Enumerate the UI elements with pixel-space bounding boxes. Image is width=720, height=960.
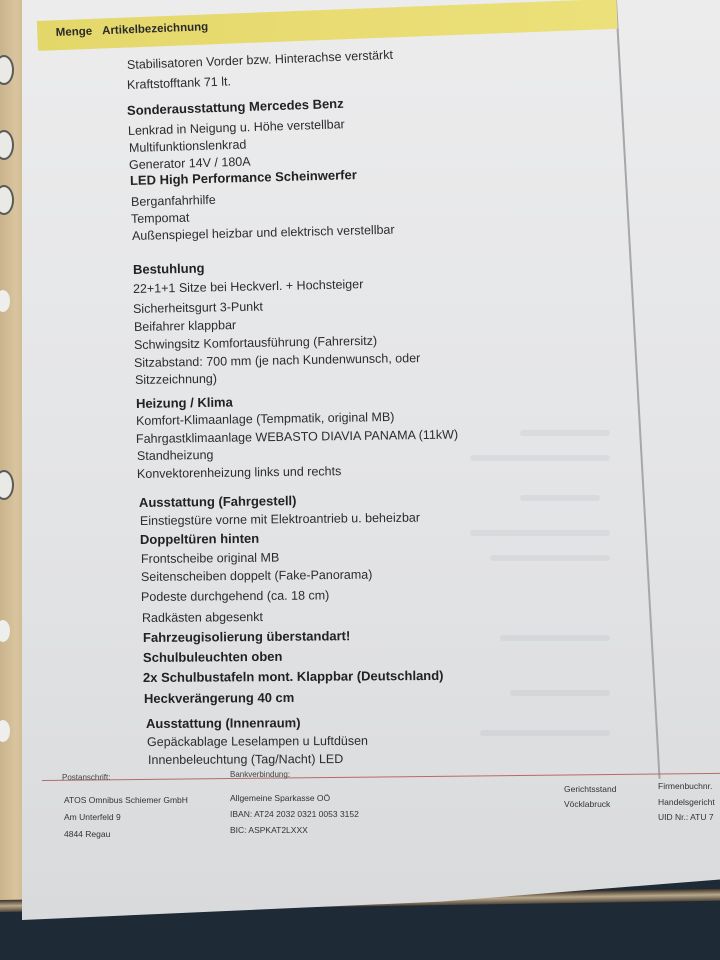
- item-line: Einstiegstüre vorne mit Elektroantrieb u…: [140, 511, 420, 528]
- item-line: Konvektorenheizung links und rechts: [137, 464, 341, 481]
- item-line: Gepäckablage Leselampen u Luftdüsen: [147, 734, 368, 749]
- footer-city: 4844 Regau: [64, 829, 110, 839]
- item-line: Standheizung: [137, 448, 214, 463]
- item-line: Berganfahrhilfe: [131, 193, 216, 209]
- section-heading: Heckverängerung 40 cm: [144, 690, 294, 706]
- item-line: Sicherheitsgurt 3-Punkt: [133, 300, 263, 316]
- item-line: Frontscheibe original MB: [141, 551, 279, 566]
- section-heading: Heizung / Klima: [136, 394, 233, 411]
- footer-court-city: Vöcklabruck: [564, 799, 610, 809]
- item-line: Schwingsitz Komfortausführung (Fahrersit…: [134, 334, 377, 352]
- footer-bic: BIC: ASPKAT2LXXX: [230, 825, 308, 835]
- item-line: Komfort-Klimaanlage (Tempmatik, original…: [136, 410, 395, 428]
- footer-bank-name: Allgemeine Sparkasse OÖ: [230, 793, 330, 803]
- item-line: Multifunktionslenkrad: [129, 138, 247, 155]
- footer-street: Am Unterfeld 9: [64, 812, 121, 822]
- item-line: Beifahrer klappbar: [134, 318, 236, 334]
- item-line: Seitenscheiben doppelt (Fake-Panorama): [141, 568, 373, 584]
- section-heading: 2x Schulbustafeln mont. Klappbar (Deutsc…: [143, 668, 444, 685]
- footer-postal-label: Postanschrift:: [62, 773, 110, 782]
- item-line: 22+1+1 Sitze bei Heckverl. + Hochsteiger: [133, 277, 364, 296]
- footer-bank-label: Bankverbindung:: [230, 770, 290, 779]
- footer-company: ATOS Omnibus Schiemer GmbH: [64, 795, 188, 805]
- footer-register-label: Firmenbuchnr.: [658, 781, 712, 791]
- section-heading: Sonderausstattung Mercedes Benz: [127, 96, 344, 118]
- item-line: Stabilisatoren Vorder bzw. Hinterachse v…: [127, 48, 393, 72]
- footer-vat: UID Nr.: ATU 7: [658, 812, 714, 822]
- footer-register-court: Handelsgericht: [658, 797, 715, 807]
- item-line: Fahrgastklimaanlage WEBASTO DIAVIA PANAM…: [136, 428, 458, 446]
- item-line: Innenbeleuchtung (Tag/Nacht) LED: [148, 752, 343, 767]
- item-line: Sitzabstand: 700 mm (je nach Kundenwunsc…: [134, 351, 420, 370]
- section-heading: Ausstattung (Fahrgestell): [139, 493, 297, 510]
- section-heading: Fahrzeugisolierung überstandart!: [143, 628, 350, 645]
- item-description-list: Stabilisatoren Vorder bzw. Hinterachse v…: [0, 0, 720, 760]
- footer-court-label: Gerichtsstand: [564, 784, 616, 794]
- item-line: Außenspiegel heizbar und elektrisch vers…: [132, 223, 395, 243]
- item-line: Sitzzeichnung): [135, 372, 217, 387]
- footer-iban: IBAN: AT24 2032 0321 0053 3152: [230, 809, 359, 819]
- section-heading: Bestuhlung: [133, 261, 205, 277]
- item-line: Podeste durchgehend (ca. 18 cm): [141, 588, 329, 604]
- item-line: Radkästen abgesenkt: [142, 610, 263, 625]
- section-heading: Doppeltüren hinten: [140, 531, 259, 547]
- section-heading: Schulbuleuchten oben: [143, 649, 283, 665]
- item-line: Tempomat: [131, 211, 190, 226]
- item-line: Lenkrad in Neigung u. Höhe verstellbar: [128, 117, 345, 138]
- section-heading: Ausstattung (Innenraum): [146, 715, 301, 731]
- item-line: Kraftstofftank 71 lt.: [127, 74, 231, 92]
